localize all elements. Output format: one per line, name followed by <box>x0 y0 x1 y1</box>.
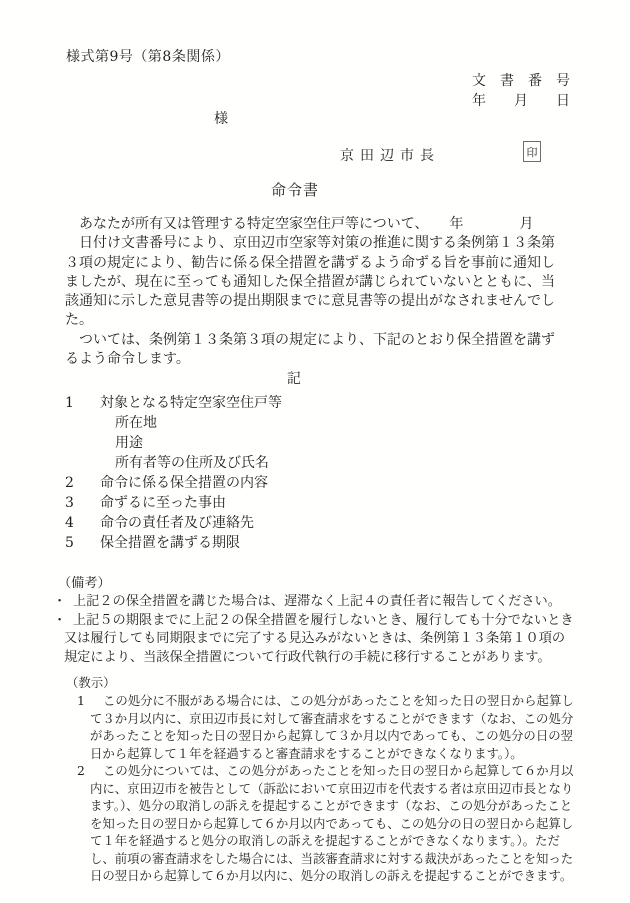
remarks-text: 上記２の保全措置を講じた場合は、遅滞なく上記４の責任者に報告してください。 <box>73 594 561 609</box>
instruction-text: この処分については、この処分があったことを知った日の翌日から起算して６か月以内に… <box>90 763 573 883</box>
list-subitem: 所在地 <box>65 413 585 433</box>
body-line: ３項の規定により、勧告に係る保全措置を講ずるよう命ずる旨を事前に通知し <box>65 254 585 273</box>
document-title: 命令書 <box>271 179 319 200</box>
remarks-label: （備考） <box>53 574 577 593</box>
addressee-honorific: 様 <box>214 108 228 128</box>
item-number: 1 <box>65 393 100 413</box>
remarks-bullet: ・上記５の期限までに上記２の保全措置を履行しないとき、履行しても十分でないとき又… <box>53 612 577 668</box>
body-line: ついては、条例第１３条第３項の規定により、下記のとおり保全措置を講ず <box>65 331 585 350</box>
instruction-label: （教示） <box>66 674 582 691</box>
date-line: 年 月 日 <box>472 91 570 111</box>
item-number: 2 <box>65 473 100 493</box>
list-item: 5保全措置を講ずる期限 <box>65 533 585 553</box>
list-item: 4命令の責任者及び連絡先 <box>65 513 585 533</box>
body-line: るよう命令します。 <box>65 350 585 369</box>
ki-heading: 記 <box>287 368 301 388</box>
item-text: 命令の責任者及び連絡先 <box>100 515 254 531</box>
document-page: 様式第9号（第8条関係） 文 書 番 号 年 月 日 様 京田辺市長 印 命令書… <box>0 0 630 903</box>
item-text: 命ずるに至った事由 <box>100 495 226 511</box>
sender-name: 京田辺市長 <box>340 145 440 165</box>
seal-character: 印 <box>527 144 538 160</box>
item-number: 1 <box>77 692 85 710</box>
item-number: 2 <box>77 762 85 780</box>
bullet-icon: ・ <box>53 593 66 612</box>
list-item: 3命ずるに至った事由 <box>65 493 585 513</box>
instruction-item: 2この処分については、この処分があったことを知った日の翌日から起算して６か月以内… <box>77 762 582 885</box>
instruction-section: （教示） 1この処分に不服がある場合には、この処分があったことを知った日の翌日か… <box>66 674 582 885</box>
body-line: あなたが所有又は管理する特定空家空住戸等について、 年 月 <box>65 215 585 234</box>
body-line: 該通知に示した意見書等の提出期限までに意見書等の提出がなされませんでし <box>65 292 585 311</box>
seal-box: 印 <box>523 141 541 162</box>
item-number: 5 <box>65 533 100 553</box>
remarks-section: （備考） ・上記２の保全措置を講じた場合は、遅滞なく上記４の責任者に報告してくだ… <box>53 574 577 668</box>
item-number: 3 <box>65 493 100 513</box>
doc-number-line: 文 書 番 号 <box>472 71 570 91</box>
item-text: 対象となる特定空家空住戸等 <box>100 395 282 411</box>
list-item: 2命令に係る保全措置の内容 <box>65 473 585 493</box>
body-line: ましたが、現在に至っても通知した保全措置が講じられていないとともに、当 <box>65 273 585 292</box>
list-item: 1対象となる特定空家空住戸等 <box>65 393 585 413</box>
item-text: 保全措置を講ずる期限 <box>100 535 240 551</box>
list-subitem: 用途 <box>65 433 585 453</box>
item-text: 命令に係る保全措置の内容 <box>100 475 268 491</box>
remarks-bullet: ・上記２の保全措置を講じた場合は、遅滞なく上記４の責任者に報告してください。 <box>53 593 577 612</box>
list-subitem: 所有者等の住所及び氏名 <box>65 453 585 473</box>
instruction-text: この処分に不服がある場合には、この処分があったことを知った日の翌日から起算して３… <box>90 693 574 761</box>
order-item-list: 1対象となる特定空家空住戸等 所在地 用途 所有者等の住所及び氏名 2命令に係る… <box>65 393 585 553</box>
doc-number-block: 文 書 番 号 年 月 日 <box>472 71 570 111</box>
item-number: 4 <box>65 513 100 533</box>
remarks-text: 上記５の期限までに上記２の保全措置を履行しないとき、履行しても十分でないとき又は… <box>64 613 574 665</box>
main-body-paragraphs: あなたが所有又は管理する特定空家空住戸等について、 年 月 日付け文書番号により… <box>65 215 585 369</box>
form-number: 様式第9号（第8条関係） <box>66 46 230 66</box>
instruction-item: 1この処分に不服がある場合には、この処分があったことを知った日の翌日から起算して… <box>77 692 582 762</box>
body-line: 日付け文書番号により、京田辺市空家等対策の推進に関する条例第１３条第 <box>65 234 585 253</box>
instruction-items: 1この処分に不服がある場合には、この処分があったことを知った日の翌日から起算して… <box>77 692 582 885</box>
bullet-icon: ・ <box>53 612 66 631</box>
body-line: た。 <box>65 311 585 330</box>
